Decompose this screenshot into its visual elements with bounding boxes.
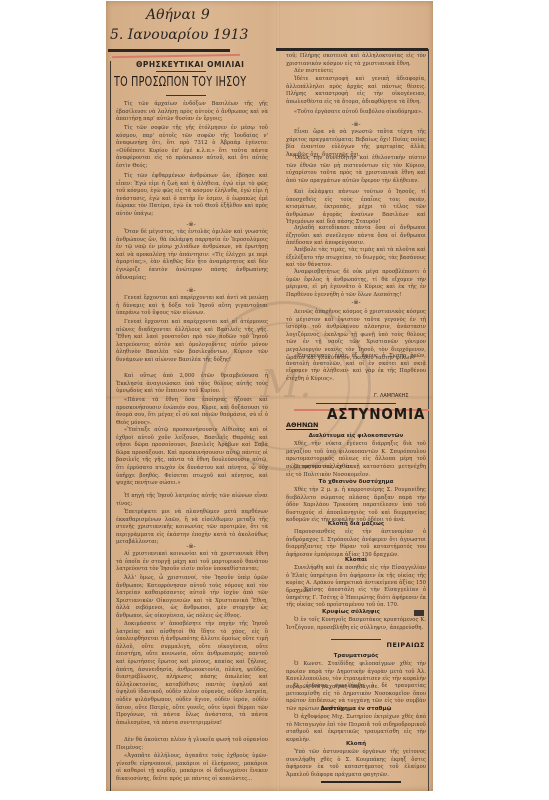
newspaper-clipping: Μ. Αθήναι 9 5. Ιανουαρίου 1913 ΘΡΗΣΚΕΥΤΙ… bbox=[106, 1, 433, 791]
section-label: ΘΡΗΣΚΕΥΤΙΚΑΙ ΟΜΙΛΙΑΙ bbox=[136, 60, 244, 69]
paragraph: Δηλαδή κατεδίκασε πάντα ὅσα οἱ ἄνθρωποι … bbox=[286, 225, 426, 248]
city-heading-athens: ΑΘΗΝΩΝ bbox=[286, 421, 318, 430]
header-rule bbox=[276, 48, 428, 51]
header-rule bbox=[108, 49, 230, 52]
paragraph: Ἐπετρέψατε μοι νὰ πλανηθῶμεν μετὰ παρθέν… bbox=[116, 509, 268, 547]
news-item-heading: Κλοπή bbox=[286, 741, 426, 747]
paragraph: Ὅταν δὲ μέγιστος, τὰς ἐντολὰς ὁμιλῶν καὶ… bbox=[116, 229, 268, 282]
city-heading-piraeus: ΠΕΙΡΑΙΩΣ bbox=[387, 641, 425, 649]
news-item-heading: Κλοπὴ διὰ μάζεως bbox=[286, 521, 426, 527]
paragraph: Ἰδέτε καταστροφὴ καὶ γενικὴ ἀδιαφορία, ἀ… bbox=[286, 76, 426, 106]
paragraph: Ὅπως τὴν συνειδητὴν καὶ ἐθελοντικὴν πίστ… bbox=[286, 155, 426, 185]
divider bbox=[156, 71, 206, 72]
author-signature: Γ. ΛΑΜΠΑΚΗΣ bbox=[374, 393, 409, 399]
ornament: -※- bbox=[341, 299, 371, 306]
paragraph: «Ἐπισκέψατο ἡμᾶς ἐξ ὕψους ὁ Σωτὴρ ἡμῶν, … bbox=[286, 353, 426, 383]
paragraph: «Ὑπέταξε αὐτῷ προσκυνήσουσιν Αἰθίοπες κα… bbox=[116, 427, 268, 488]
section-title-police: ΑΣΤΥΝΟΜΙΑ bbox=[327, 405, 425, 423]
news-item-heading: Κλοπαί bbox=[286, 557, 426, 563]
news-item-text: Ὑπὸ τῶν ἀστυνομικῶν ὀργάνων τῆς γείτονος… bbox=[286, 749, 426, 779]
news-item-text: Ὁ ἐν τοῖς Κυνηγοῖς Βασμοτάκος κρυπτόμενο… bbox=[286, 617, 426, 632]
news-item-heading: Τὸ χθεσινὸν δυστύχημα bbox=[286, 479, 426, 485]
paragraph: «Τοῦτο ἐργάσατε αὐτοῦ διαβόλου οἰκοδόμημ… bbox=[286, 109, 426, 117]
paragraph: Τίς τῶν ἐφθαρμένων ἀνθρώπων ὤν, ἐβόησε κ… bbox=[116, 173, 268, 219]
paragraph: Ἀλλ' ὅμως, ὦ χριστιανοί, τὸν Ἰησοῦν ὑπὲρ… bbox=[116, 575, 268, 621]
ornament: -※- bbox=[176, 287, 206, 294]
paragraph: Αἱ χριστιανικαὶ κοινωνίαι καὶ τὰ χριστια… bbox=[116, 551, 268, 574]
news-item-text: — Ἐπίσης ἀπεστάλη εἰς τὴν Εἰσαγγελίαν ὁ … bbox=[286, 587, 426, 610]
printed-mark bbox=[414, 610, 424, 616]
paragraph: Καὶ ἐκλάμψει πάντων τούτων ὁ Ἰησοῦς, τί … bbox=[286, 189, 426, 227]
news-item-text: Χθὲς τὴν 2 μ. μ. ἡ καρροτσιέρης Σ. Ρουμα… bbox=[286, 487, 426, 525]
news-item-text: Ὁ τραυματίας ἐν σακῇ καταστάσει μετηνέχθ… bbox=[286, 464, 426, 479]
paragraph: τοῦ; Πλήρης σκοτεινὰ καὶ ἀλληλοκτονίας ε… bbox=[286, 53, 426, 68]
news-item-heading: Διαλύτευμα εἰς φιλοκοπαντῶν bbox=[286, 433, 426, 439]
paragraph: Γενεαὶ ἔρχονται καὶ παρέρχονται καὶ αἱ ἀ… bbox=[116, 319, 268, 365]
paragraph: Ἡ πηγὴ τῆς Ἰησοῦ λατρείας αὐτῆς τῶν αἰών… bbox=[116, 493, 268, 508]
paragraph: «Πάντα τὰ ἔθνη ὅσα ἐποίησας ἥξουσι καὶ π… bbox=[116, 397, 268, 427]
news-item-heading: Κρυφίως σύλληψις bbox=[286, 609, 416, 615]
paragraph: Καὶ οὕτως ἀπὸ 2,000 ἐτῶν θριαμβεύουσα ἡ … bbox=[116, 373, 268, 396]
handwritten-location: Αθήναι 9 bbox=[146, 7, 210, 23]
divider bbox=[166, 95, 206, 96]
paragraph: Δοκιμάσατε ν' ἀποσβέσητε τὴν πηγὴν τῆς Ἰ… bbox=[116, 621, 268, 727]
red-pencil-underline bbox=[112, 54, 240, 58]
paragraph: Δὲν θὰ ἀκούεται πλέον ἡ γλυκεῖα φωνὴ τοῦ… bbox=[116, 737, 268, 752]
article-headline: ΤΟ ΠΡΟΣΩΠΟΝ ΤΟΥ ΙΗΣΟΥ bbox=[114, 75, 246, 90]
news-item-text: Ὁ ἀχθοφόρος Μιχ. Σωτηρίου ἐκτρέχων χθὲς … bbox=[286, 714, 426, 744]
column-border-left bbox=[110, 61, 111, 791]
paragraph: Γενεαὶ ἔρχονται καὶ παρέρχονται καὶ ἀντὶ… bbox=[116, 295, 268, 318]
divider bbox=[331, 639, 381, 640]
paragraph: Τίς τῶν ἀρχαίων ἐνδόξων Βασιλέων τῆς γῆς… bbox=[116, 101, 268, 124]
handwritten-date: 5. Ιανουαρίου 1913 bbox=[110, 27, 248, 43]
news-item-heading: Δυστύχημα ἐν σταθμῷ bbox=[286, 706, 426, 712]
paragraph: Δὲν πιστεύετε; bbox=[286, 68, 426, 76]
column-border-right bbox=[428, 49, 429, 791]
paragraph: Ἀπέβαλε τὰς τιμάς, τὰς τιμὰς καὶ τὰ πλοῦ… bbox=[286, 247, 426, 270]
news-item-heading: Τραυματισμός bbox=[286, 653, 426, 659]
end-rule bbox=[321, 781, 401, 783]
paragraph: «Ἀγαπᾶτε ἀλλήλους, ἀγαπᾶτε τοὺς ἐχθροὺς … bbox=[116, 753, 268, 783]
ornament: -※- bbox=[176, 543, 206, 550]
news-item-text: Παρουσιασθεὶς εἰς τὴν ἀστυνομίαν ὁ ἀνδρό… bbox=[286, 529, 426, 559]
ornament: -※- bbox=[176, 221, 206, 228]
divider bbox=[316, 403, 396, 404]
paragraph: Τίς τῶν σοφῶν τῆς γῆς ἐτόλμησεν ἐν μέσῳ … bbox=[116, 125, 268, 171]
paragraph: Ἀναμφισβητήτως δὲ οὐκ μέγα προσβλέποντι … bbox=[286, 269, 426, 299]
ornament: -※- bbox=[341, 121, 371, 128]
